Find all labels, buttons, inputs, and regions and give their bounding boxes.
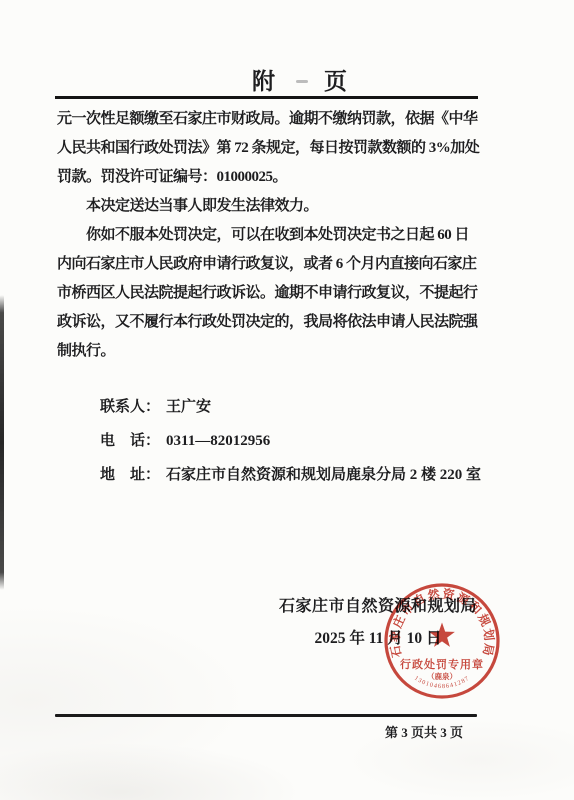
body-line: 内向石家庄市人民政府申请行政复议，或者 6 个月内直接向石家庄 [57,250,497,279]
body-line: 本决定送达当事人即发生法律效力。 [57,192,497,221]
contact-phone-row: 电 话：0311—82012956 [100,424,481,458]
contact-phone-value: 0311—82012956 [166,433,270,449]
seal-center-label: 行政处罚专用章 [400,657,484,671]
seal-ring-text: 石家庄市自然资源和规划局 [387,586,498,659]
body-line: 制执行。 [57,337,497,366]
scan-smudge-artifact [296,80,308,83]
contact-address-row: 地 址：石家庄市自然资源和规划局鹿泉分局 2 楼 220 室 [100,458,481,492]
contact-block: 联系人：王广安 电 话：0311—82012956 地 址：石家庄市自然资源和规… [100,390,481,492]
body-line: 罚款。罚没许可证编号：01000025。 [57,163,497,192]
body-line: 元一次性足额缴至石家庄市财政局。逾期不缴纳罚款，依据《中华 [57,105,497,134]
page-number: 第 3 页共 3 页 [385,722,463,741]
footer-rule [55,714,477,717]
seal-graphics: 石家庄市自然资源和规划局 行政处罚专用章 （鹿泉） 13010468641287 [386,585,498,697]
body-text-block: 元一次性足额缴至石家庄市财政局。逾期不缴纳罚款，依据《中华 人民共和国行政处罚法… [57,105,497,366]
contact-person-value: 王广安 [166,399,211,415]
title-underline [55,96,478,99]
contact-address-value: 石家庄市自然资源和规划局鹿泉分局 2 楼 220 室 [166,467,481,483]
body-line: 市桥西区人民法院提起行政诉讼。逾期不申请行政复议，不提起行 [57,279,497,308]
contact-address-label: 地 址： [100,467,160,483]
body-line: 你如不服本处罚决定，可以在收到本处罚决定书之日起 60 日 [57,221,497,250]
contact-person-row: 联系人：王广安 [100,390,481,424]
scan-edge-artifact [0,295,4,590]
scanned-document-page: 附 页 元一次性足额缴至石家庄市财政局。逾期不缴纳罚款，依据《中华 人民共和国行… [0,0,574,800]
seal-star-icon [429,623,455,647]
body-line: 人民共和国行政处罚法》第 72 条规定，每日按罚款数额的 3%加处 [57,134,497,163]
body-line: 政诉讼，又不履行本行政处罚决定的，我局将依法申请人民法院强 [57,308,497,337]
seal-sub-label: （鹿泉） [427,671,457,681]
contact-person-label: 联系人： [100,399,160,415]
official-red-seal: 石家庄市自然资源和规划局 行政处罚专用章 （鹿泉） 13010468641287 [379,578,505,704]
contact-phone-label: 电 话： [100,433,160,449]
